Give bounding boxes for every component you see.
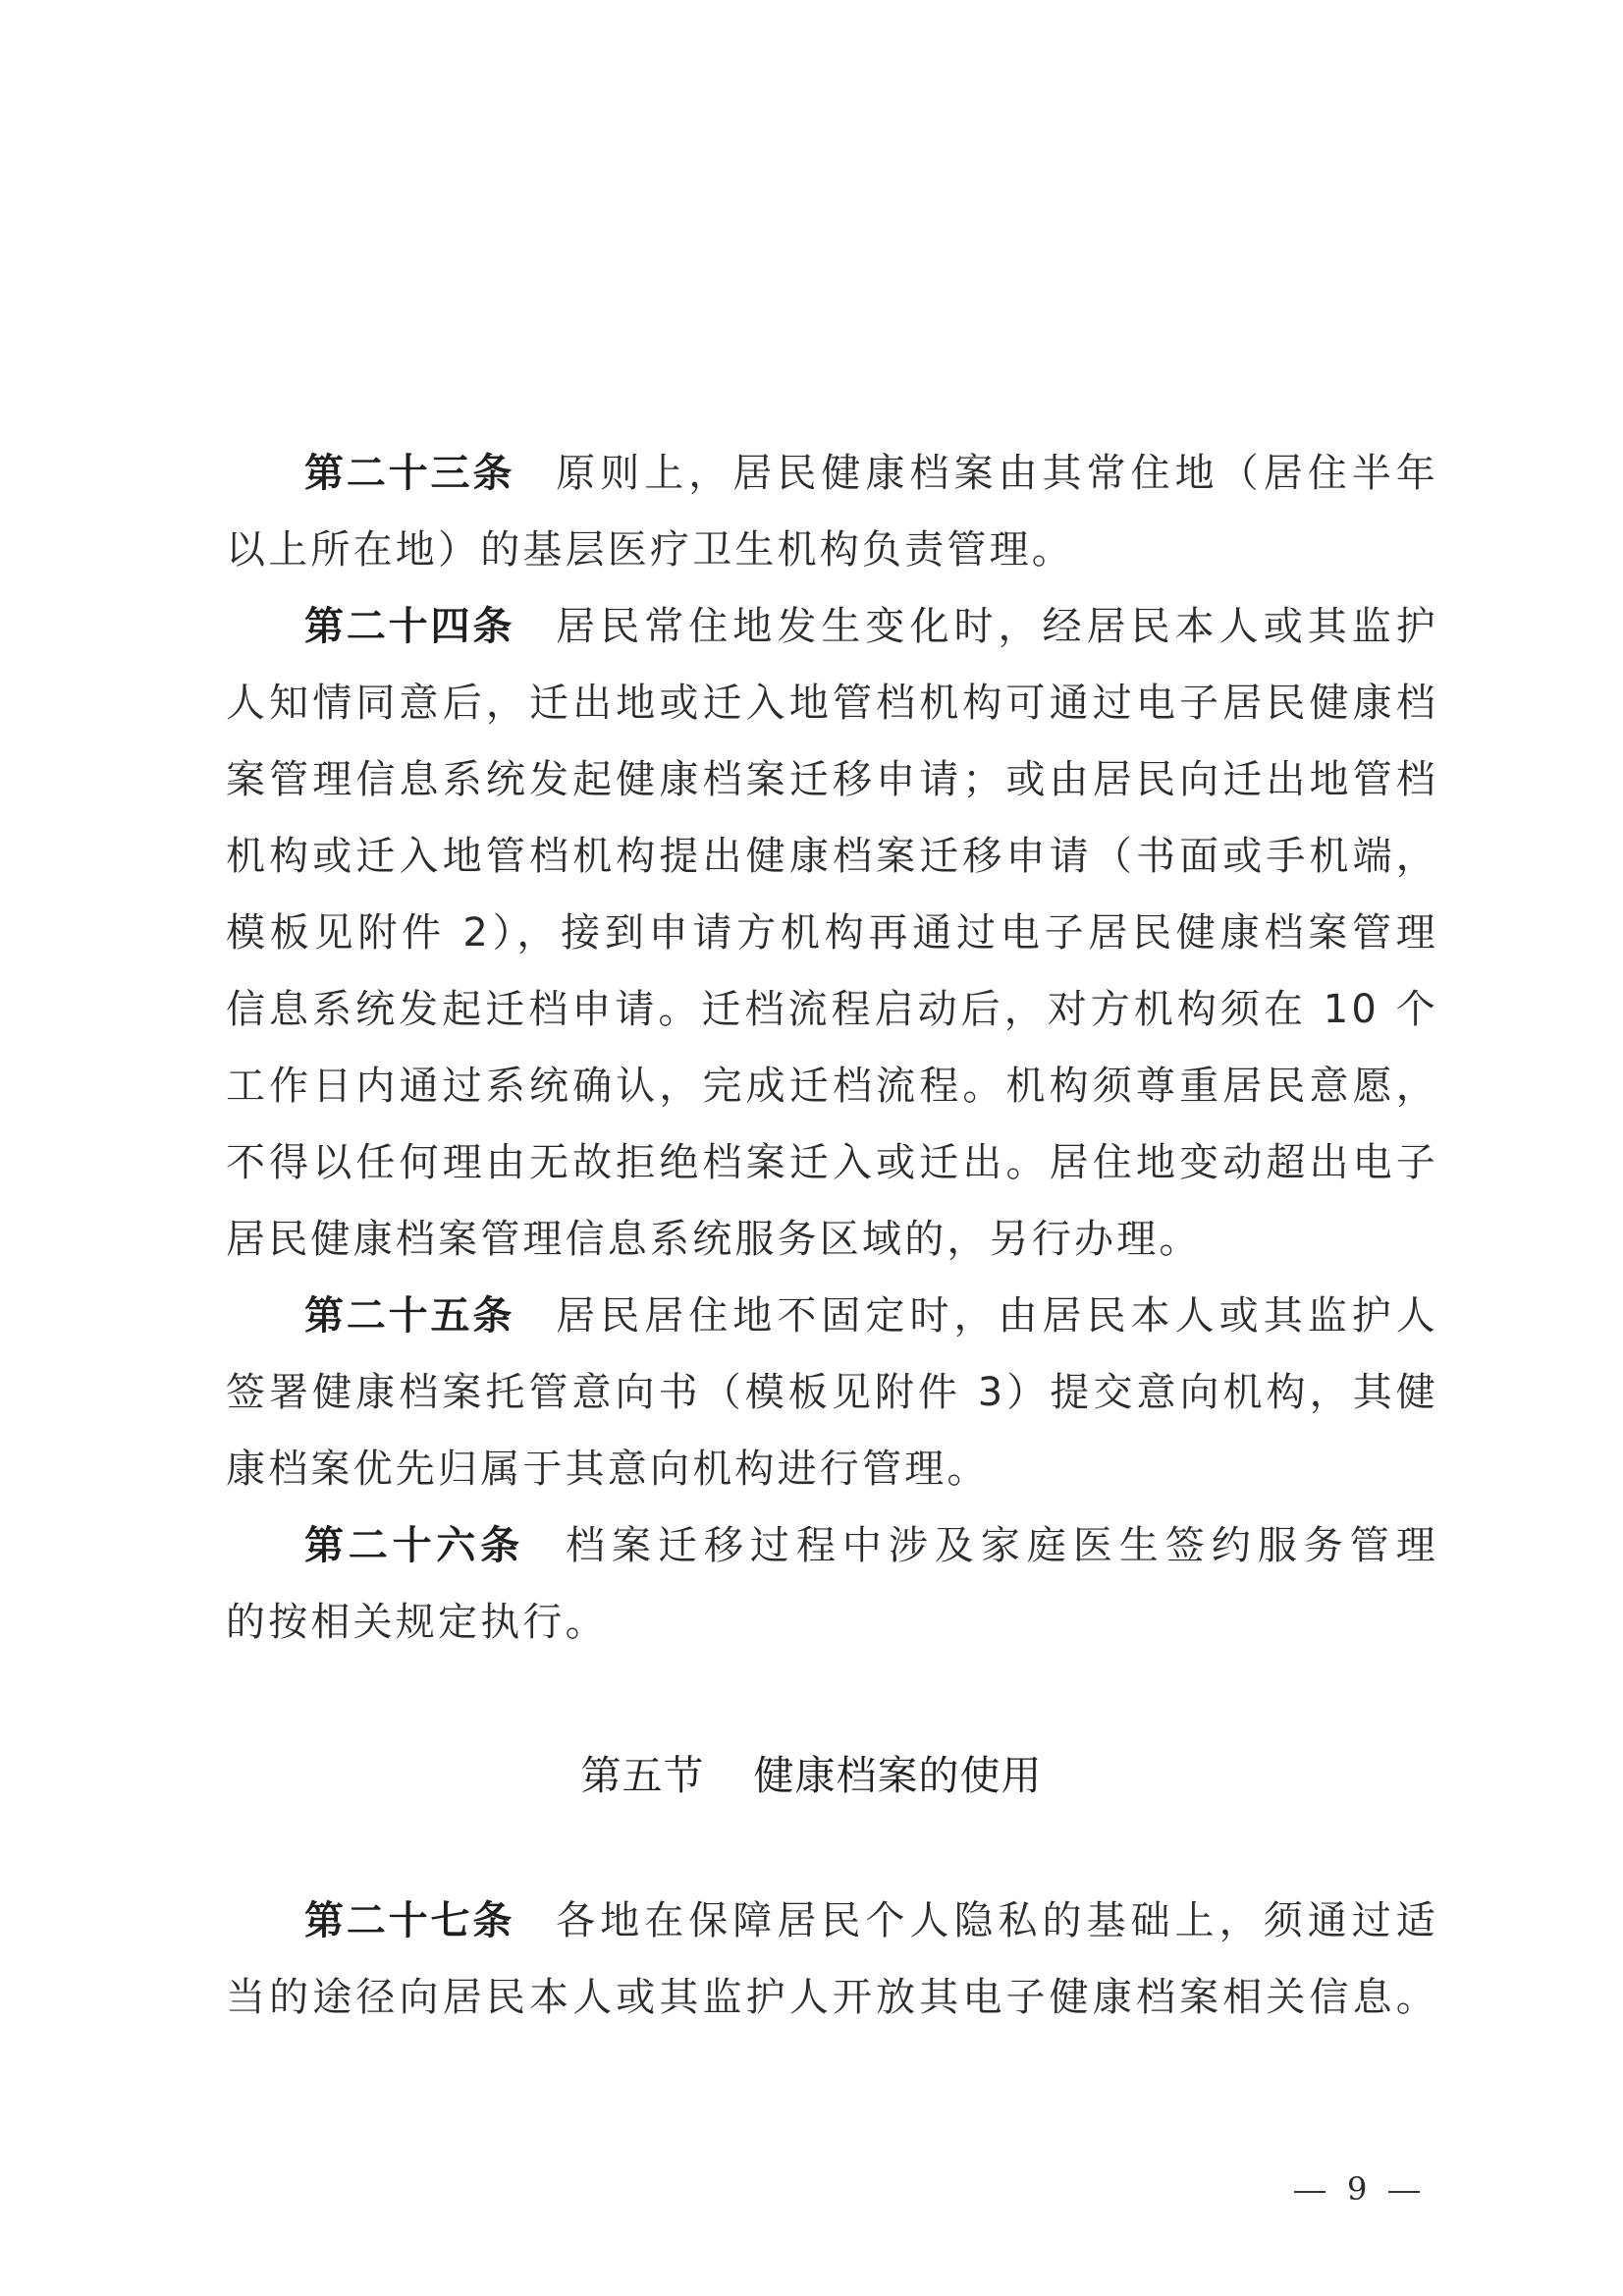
article-27-text: 各地在保障居民个人隐私的基础上，须通过适 [556, 1898, 1438, 1943]
article-25-label: 第二十五条 [304, 1293, 514, 1339]
article-24-line-8: 不得以任何理由无故拒绝档案迁入或迁出。居住地变动超出电子 [226, 1133, 1438, 1192]
article-24-line-6: 信息系统发起迁档申请。迁档流程启动后，对方机构须在 10 个 [226, 980, 1438, 1039]
article-24-line-4: 机构或迁入地管档机构提出健康档案迁移申请（书面或手机端， [226, 827, 1438, 886]
article-27-line-1: 第二十七条各地在保障居民个人隐私的基础上，须通过适 [304, 1891, 1438, 1950]
article-25-line-1: 第二十五条居民居住地不固定时，由居民本人或其监护人 [304, 1286, 1438, 1345]
article-23-line-1: 第二十三条原则上，居民健康档案由其常住地（居住半年 [304, 444, 1438, 503]
article-25-text: 居民居住地不固定时，由居民本人或其监护人 [556, 1293, 1438, 1339]
article-25-line-2: 签署健康档案托管意向书（模板见附件 3）提交意向机构，其健 [226, 1363, 1438, 1422]
article-23-text: 原则上，居民健康档案由其常住地（居住半年 [556, 451, 1438, 496]
article-26-line-1: 第二十六条档案迁移过程中涉及家庭医生签约服务管理 [304, 1516, 1438, 1575]
article-26-label: 第二十六条 [304, 1523, 524, 1568]
article-24-line-7: 工作日内通过系统确认，完成迁档流程。机构须尊重居民意愿， [226, 1057, 1438, 1116]
article-27-line-2: 当的途径向居民本人或其监护人开放其电子健康档案相关信息。 [226, 1968, 1438, 2027]
article-24-line-5: 模板见附件 2），接到申请方机构再通过电子居民健康档案管理 [226, 903, 1438, 962]
section-heading: 第五节健康档案的使用 [0, 1746, 1623, 1805]
dash-right-icon [1388, 2191, 1420, 2193]
article-25-line-3: 康档案优先归属于其意向机构进行管理。 [226, 1440, 1438, 1499]
article-24-line-2: 人知情同意后，迁出地或迁入地管档机构可通过电子居民健康档 [226, 674, 1438, 733]
article-24-line-9: 居民健康档案管理信息系统服务区域的，另行办理。 [226, 1210, 1438, 1269]
article-23-label: 第二十三条 [304, 451, 514, 496]
article-27-label: 第二十七条 [304, 1898, 514, 1943]
article-24-line-3: 案管理信息系统发起健康档案迁移申请；或由居民向迁出地管档 [226, 750, 1438, 809]
article-26-text: 档案迁移过程中涉及家庭医生签约服务管理 [566, 1523, 1438, 1568]
article-24-text: 居民常住地发生变化时，经居民本人或其监护 [556, 604, 1438, 649]
dash-left-icon [1294, 2191, 1325, 2193]
article-23-line-2: 以上所在地）的基层医疗卫生机构负责管理。 [226, 520, 1438, 579]
article-24-line-1: 第二十四条居民常住地发生变化时，经居民本人或其监护 [304, 597, 1438, 656]
article-26-line-2: 的按相关规定执行。 [226, 1593, 1438, 1652]
page-number-value: 9 [1347, 2170, 1367, 2208]
section-number: 第五节 [581, 1752, 705, 1799]
document-page: 第二十三条原则上，居民健康档案由其常住地（居住半年 以上所在地）的基层医疗卫生机… [0, 0, 1623, 2296]
section-title: 健康档案的使用 [754, 1752, 1043, 1799]
article-24-label: 第二十四条 [304, 604, 514, 649]
page-number: 9 [1294, 2170, 1420, 2208]
